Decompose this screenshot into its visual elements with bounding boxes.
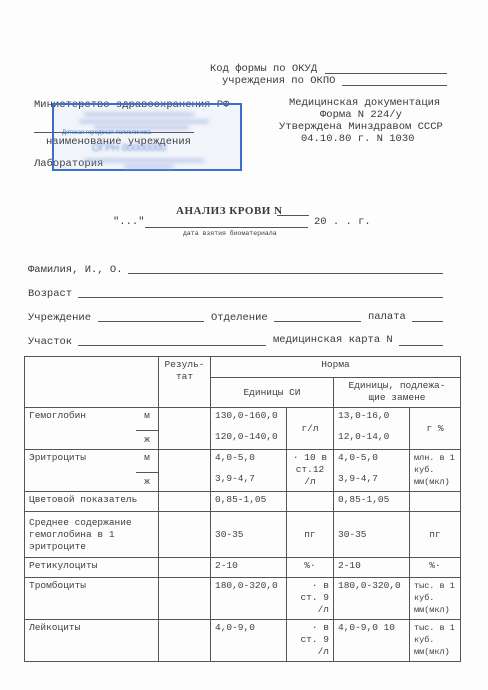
result-cell[interactable]	[159, 512, 211, 558]
row-label: Среднее содержание гемоглобина в 1 эритр…	[25, 512, 159, 558]
si-unit: · в ст. 9 /л	[287, 620, 334, 662]
okpo-field[interactable]	[342, 75, 447, 86]
si-unit: %·	[287, 558, 334, 578]
alt-female: 12,0-14,0	[338, 431, 405, 443]
row-label: Ретикулоциты	[25, 558, 159, 578]
si-male: 4,0-5,0	[215, 452, 282, 464]
alt-range: 13,0-16,0 12,0-14,0	[334, 408, 410, 450]
date-field[interactable]	[145, 217, 308, 228]
district-label: Участок	[28, 336, 72, 348]
si-range: 130,0-160,0 120,0-140,0	[211, 408, 287, 450]
result-cell[interactable]	[159, 450, 211, 492]
si-unit: г/л	[287, 408, 334, 450]
department-label: Отделение	[211, 312, 268, 324]
result-cell[interactable]	[159, 620, 211, 662]
alt-unit	[410, 492, 461, 512]
ward-field[interactable]	[412, 311, 443, 322]
alt-range: 30-35	[334, 512, 410, 558]
result-cell[interactable]	[159, 578, 211, 620]
alt-range: 4,0-5,0 3,9-4,7	[334, 450, 410, 492]
card-label: медицинская карта N	[273, 334, 393, 346]
si-range: 0,85-1,05	[211, 492, 287, 512]
institution-input[interactable]	[98, 311, 204, 322]
sex-female: ж	[136, 430, 158, 449]
header-norm: Норма	[211, 357, 461, 378]
blood-analysis-table: Резуль- тат Норма Единицы СИ Единицы, по…	[24, 356, 461, 662]
alt-female: 3,9-4,7	[338, 473, 405, 485]
approved-by: Утверждена Минздравом СССР	[279, 121, 443, 133]
alt-range: 4,0-9,0 10	[334, 620, 410, 662]
okpo-label: учреждения по ОКПО	[222, 75, 335, 87]
header-replace-units-line2: щие замене	[368, 392, 425, 403]
form-number: Форма N 224/у	[320, 109, 402, 121]
header-replace-units: Единицы, подлежа- щие замене	[334, 378, 461, 408]
row-name-erythrocytes: Эритроциты м ж	[25, 450, 159, 492]
result-cell[interactable]	[159, 408, 211, 450]
age-label: Возраст	[28, 288, 72, 300]
age-field[interactable]	[78, 287, 443, 298]
alt-range: 180,0-320,0	[334, 578, 410, 620]
name-label: Фамилия, И., О.	[28, 264, 123, 276]
header-result: Резуль- тат	[159, 357, 211, 408]
si-range: 180,0-320,0	[211, 578, 287, 620]
alt-unit: пг	[410, 512, 461, 558]
header-si-units: Единицы СИ	[211, 378, 334, 408]
sex-male: м	[136, 450, 158, 472]
row-label: Цветовой показатель	[25, 492, 159, 512]
row-name-hemoglobin: Гемоглобин м ж	[25, 408, 159, 450]
alt-male: 4,0-5,0	[338, 452, 405, 464]
result-cell[interactable]	[159, 492, 211, 512]
okud-field[interactable]	[325, 63, 447, 74]
page-title: АНАЛИЗ КРОВИ N	[176, 205, 283, 217]
si-range: 30-35	[211, 512, 287, 558]
institution-stamp: Детская городская поликлиника ОГРН 00000…	[52, 103, 242, 171]
analysis-number-field[interactable]	[277, 205, 309, 216]
alt-unit: млн. в 1 куб. мм(мкл)	[410, 450, 461, 492]
approved-date: 04.10.80 г. N 1030	[301, 133, 414, 145]
sex-female: ж	[136, 472, 158, 491]
si-unit: · в ст. 9 /л	[287, 578, 334, 620]
stamp-small-text: Детская городская поликлиника	[62, 130, 151, 136]
row-label: Тромбоциты	[25, 578, 159, 620]
date-year: 20 . . г.	[314, 216, 371, 228]
stamp-big-text: ОГРН 00000000	[92, 143, 166, 154]
si-unit: пг	[287, 512, 334, 558]
si-unit	[287, 492, 334, 512]
si-range: 4,0-9,0	[211, 620, 287, 662]
alt-unit: %·	[410, 558, 461, 578]
row-label: Гемоглобин	[25, 408, 136, 449]
si-unit: · 10 в ст.12 /л	[287, 450, 334, 492]
okud-label: Код формы по ОКУД	[210, 63, 317, 75]
card-number-field[interactable]	[399, 335, 443, 346]
sex-male: м	[136, 408, 158, 430]
alt-range: 0,85-1,05	[334, 492, 410, 512]
si-female: 120,0-140,0	[215, 431, 282, 443]
ward-label: палата	[368, 311, 406, 323]
alt-male: 13,0-16,0	[338, 410, 405, 422]
header-replace-units-line1: Единицы, подлежа-	[349, 380, 446, 391]
alt-unit: г %	[410, 408, 461, 450]
date-caption: дата взятия биоматериала	[183, 230, 277, 237]
si-female: 3,9-4,7	[215, 473, 282, 485]
alt-range: 2-10	[334, 558, 410, 578]
district-field[interactable]	[78, 335, 266, 346]
department-field[interactable]	[274, 311, 361, 322]
alt-unit: тыс. в 1 куб. мм(мкл)	[410, 578, 461, 620]
result-cell[interactable]	[159, 558, 211, 578]
row-label: Эритроциты	[25, 450, 136, 491]
si-range: 2-10	[211, 558, 287, 578]
name-field[interactable]	[128, 263, 443, 274]
si-range: 4,0-5,0 3,9-4,7	[211, 450, 287, 492]
row-label: Лейкоциты	[25, 620, 159, 662]
doc-type: Медицинская документация	[289, 97, 440, 109]
si-male: 130,0-160,0	[215, 410, 282, 422]
header-blank	[25, 357, 159, 408]
institution-label: Учреждение	[28, 312, 91, 324]
date-quote: "..."	[113, 216, 145, 228]
alt-unit: тыс. в 1 куб. мм(мкл)	[410, 620, 461, 662]
